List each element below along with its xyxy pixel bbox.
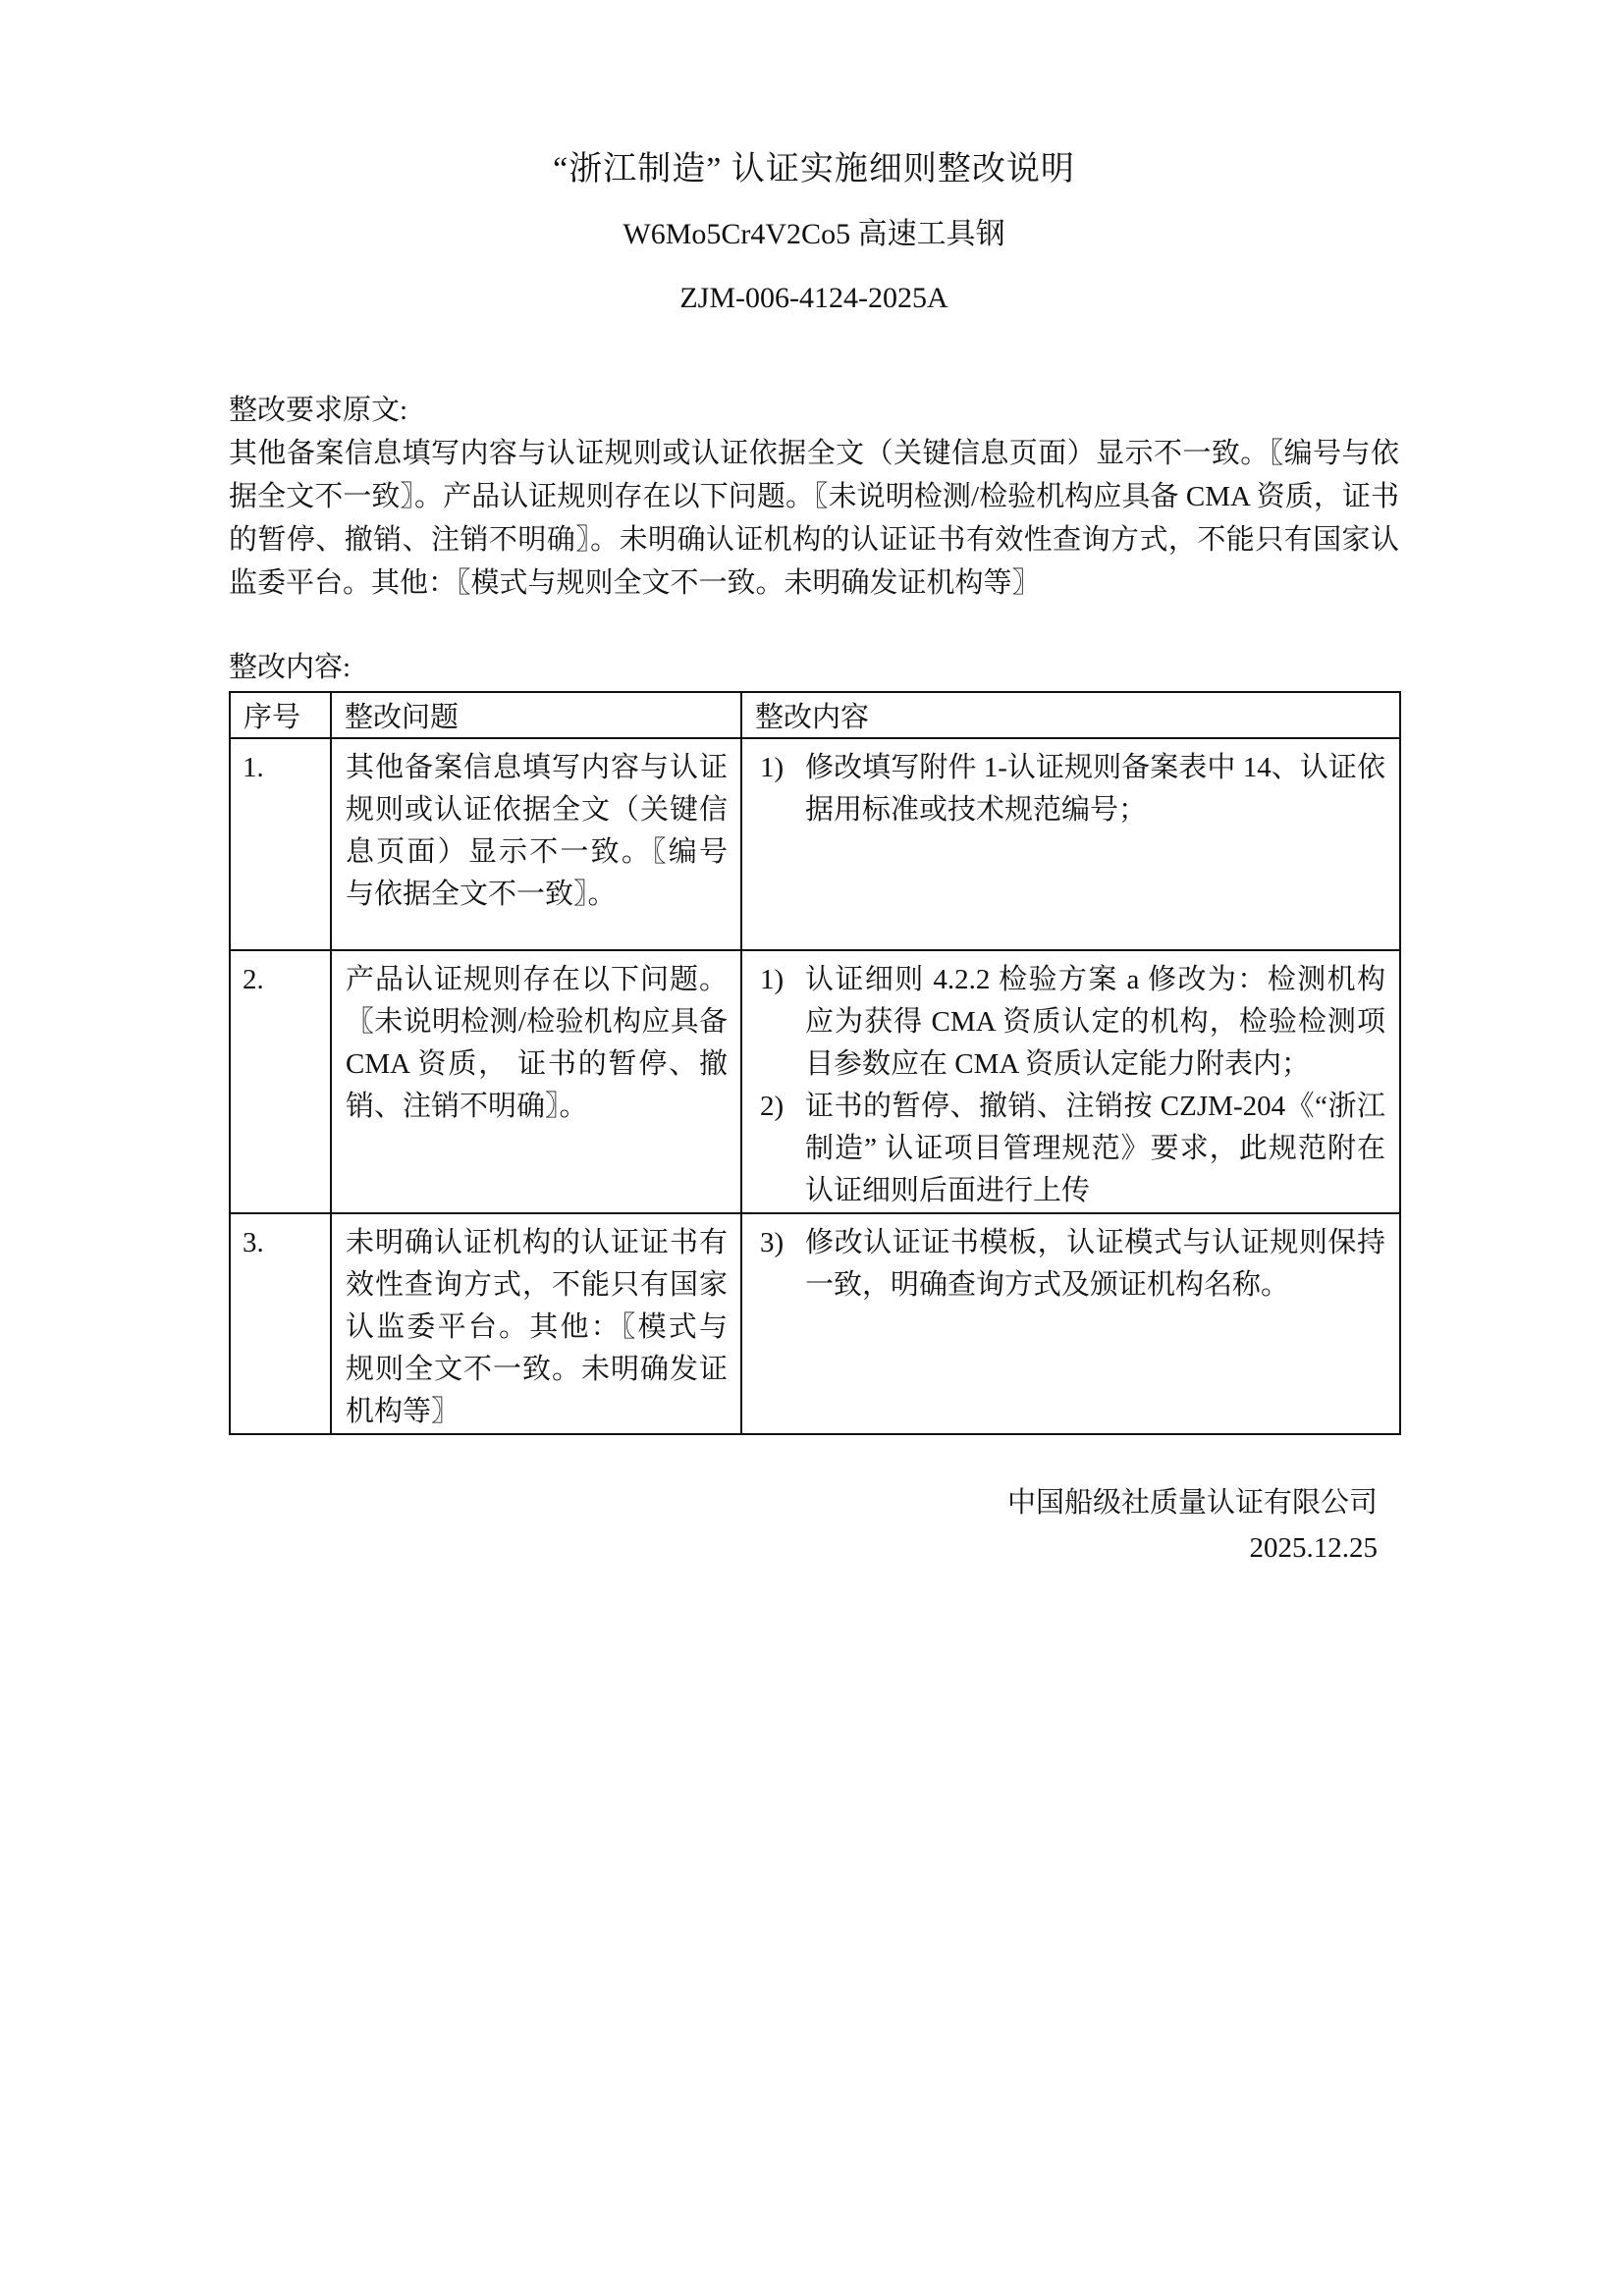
action-item: 2) 证书的暂停、撤销、注销按 CZJM-204《“浙江制造” 认证项目管理规范… [752, 1086, 1391, 1212]
signature-date: 2025.12.25 [229, 1525, 1378, 1571]
column-header-content: 整改内容 [741, 692, 1400, 738]
column-header-problem: 整改问题 [331, 692, 741, 738]
action-number: 1) [752, 959, 805, 1086]
table-row: 2. 产品认证规则存在以下问题。〖未说明检测/检验机构应具备 CMA 资质， 证… [230, 950, 1400, 1213]
problem-cell: 未明确认证机构的认证证书有效性查询方式，不能只有国家认监委平台。其他：〖模式与规… [331, 1213, 741, 1434]
row-index: 1. [230, 738, 331, 950]
rectification-label: 整改内容: [229, 646, 1399, 689]
problem-cell: 产品认证规则存在以下问题。〖未说明检测/检验机构应具备 CMA 资质， 证书的暂… [331, 950, 741, 1213]
document-number: ZJM-006-4124-2025A [229, 266, 1399, 330]
rectification-table: 序号 整改问题 整改内容 1. 其他备案信息填写内容与认证规则或认证依据全文（关… [229, 691, 1401, 1435]
document-title: “浙江制造” 认证实施细则整改说明 [229, 137, 1399, 202]
action-item: 1) 认证细则 4.2.2 检验方案 a 修改为：检测机构应为获得 CMA 资质… [752, 959, 1391, 1086]
action-text: 修改认证证书模板，认证模式与认证规则保持一致，明确查询方式及颁证机构名称。 [805, 1222, 1391, 1307]
actions-cell: 1) 认证细则 4.2.2 检验方案 a 修改为：检测机构应为获得 CMA 资质… [741, 950, 1400, 1213]
action-number: 3) [752, 1222, 805, 1307]
table-row: 1. 其他备案信息填写内容与认证规则或认证依据全文（关键信息页面）显示不一致。〖… [230, 738, 1400, 950]
table-row: 3. 未明确认证机构的认证证书有效性查询方式，不能只有国家认监委平台。其他：〖模… [230, 1213, 1400, 1434]
action-item: 3) 修改认证证书模板，认证模式与认证规则保持一致，明确查询方式及颁证机构名称。 [752, 1222, 1391, 1307]
original-request-label: 整改要求原文: [229, 389, 1399, 432]
problem-cell: 其他备案信息填写内容与认证规则或认证依据全文（关键信息页面）显示不一致。〖编号与… [331, 738, 741, 950]
action-text: 修改填写附件 1-认证规则备案表中 14、认证依据用标准或技术规范编号； [805, 747, 1391, 831]
action-text: 认证细则 4.2.2 检验方案 a 修改为：检测机构应为获得 CMA 资质认定的… [805, 959, 1391, 1086]
document-content: “浙江制造” 认证实施细则整改说明 W6Mo5Cr4V2Co5 高速工具钢 ZJ… [229, 0, 1399, 1571]
action-number: 1) [752, 747, 805, 831]
action-number: 2) [752, 1086, 805, 1212]
document-subtitle: W6Mo5Cr4V2Co5 高速工具钢 [229, 202, 1399, 266]
action-item: 1) 修改填写附件 1-认证规则备案表中 14、认证依据用标准或技术规范编号； [752, 747, 1391, 831]
signature-company: 中国船级社质量认证有限公司 [229, 1480, 1378, 1525]
actions-cell: 3) 修改认证证书模板，认证模式与认证规则保持一致，明确查询方式及颁证机构名称。 [741, 1213, 1400, 1434]
actions-cell: 1) 修改填写附件 1-认证规则备案表中 14、认证依据用标准或技术规范编号； [741, 738, 1400, 950]
row-index: 3. [230, 1213, 331, 1434]
document-page: “浙江制造” 认证实施细则整改说明 W6Mo5Cr4V2Co5 高速工具钢 ZJ… [0, 0, 1624, 2296]
original-request-paragraph: 其他备案信息填写内容与认证规则或认证依据全文（关键信息页面）显示不一致。〖编号与… [229, 432, 1399, 605]
table-header-row: 序号 整改问题 整改内容 [230, 692, 1400, 738]
column-header-index: 序号 [230, 692, 331, 738]
signature-block: 中国船级社质量认证有限公司 2025.12.25 [229, 1480, 1399, 1571]
title-block: “浙江制造” 认证实施细则整改说明 W6Mo5Cr4V2Co5 高速工具钢 ZJ… [229, 0, 1399, 330]
action-text: 证书的暂停、撤销、注销按 CZJM-204《“浙江制造” 认证项目管理规范》要求… [805, 1086, 1391, 1212]
row-index: 2. [230, 950, 331, 1213]
